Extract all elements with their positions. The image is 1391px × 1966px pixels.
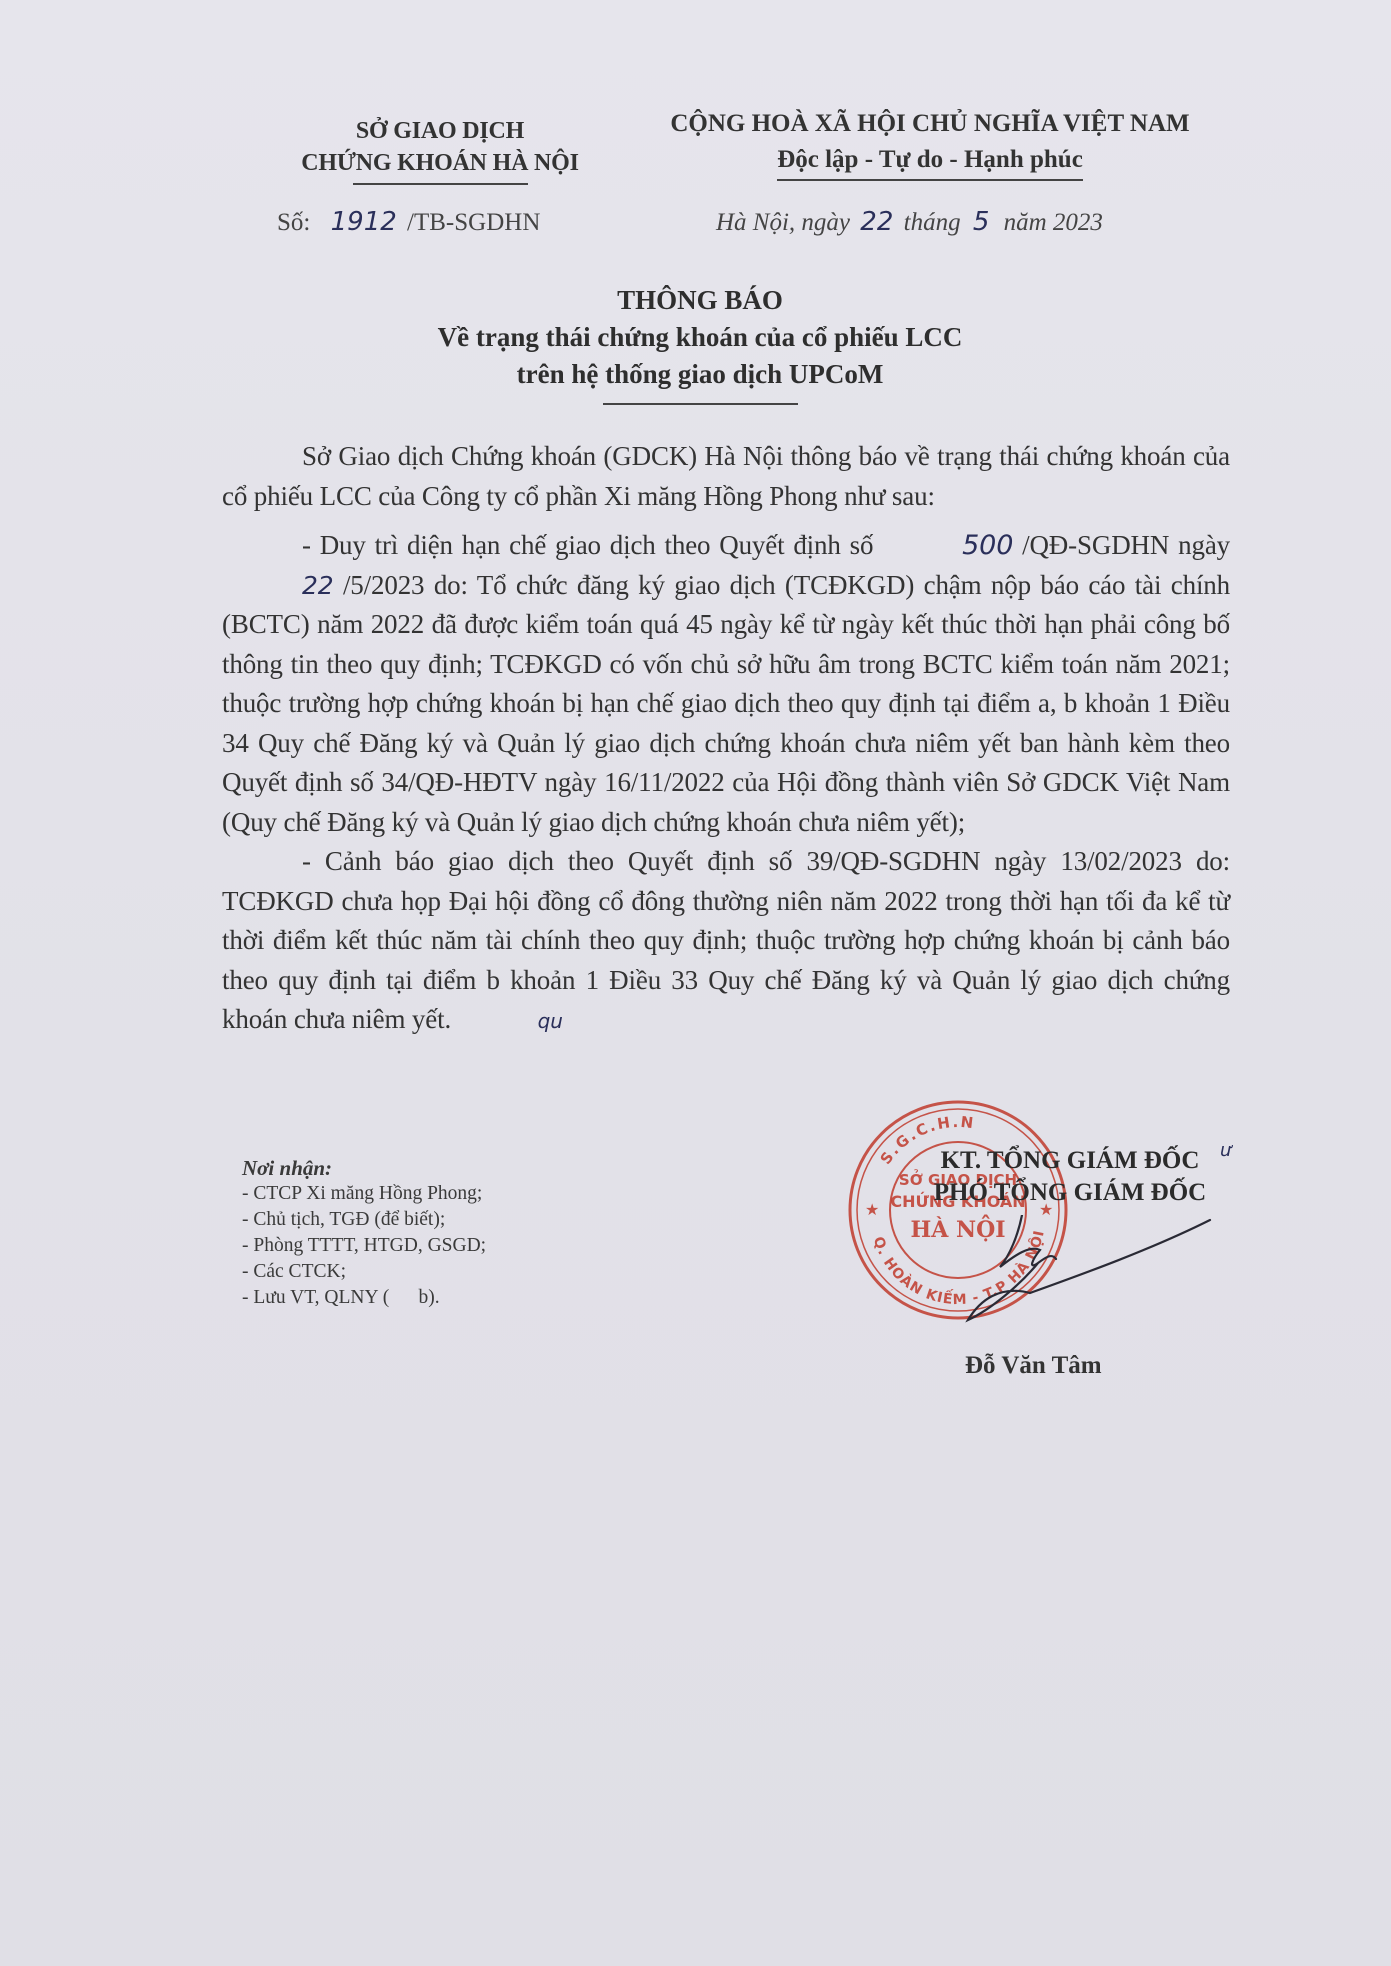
handwritten-initials: qu bbox=[458, 1002, 563, 1042]
national-motto: Độc lập - Tự do - Hạnh phúc bbox=[777, 142, 1083, 181]
handwritten-month: 5 bbox=[973, 207, 990, 237]
item-1-text-b: /QĐ-SGDHN ngày bbox=[1013, 530, 1230, 560]
signature-title-line-2: PHÓ TỔNG GIÁM ĐỐC bbox=[905, 1177, 1235, 1209]
intro-paragraph: Sở Giao dịch Chứng khoán (GDCK) Hà Nội t… bbox=[222, 437, 1230, 516]
handwritten-number: 1912 bbox=[331, 207, 397, 237]
agency-line-2: CHỨNG KHOÁN HÀ NỘI bbox=[230, 147, 650, 179]
document-date: Hà Nội, ngày 22 tháng 5 năm 2023 bbox=[716, 207, 1103, 237]
item-2-paragraph: - Cảnh báo giao dịch theo Quyết định số … bbox=[222, 842, 1230, 1042]
notice-body: Sở Giao dịch Chứng khoán (GDCK) Hà Nội t… bbox=[222, 437, 1230, 1042]
national-header: CỘNG HOÀ XÃ HỘI CHỦ NGHĨA VIỆT NAM Độc l… bbox=[630, 106, 1230, 181]
title-main: THÔNG BÁO bbox=[330, 282, 1070, 319]
svg-text:★: ★ bbox=[865, 1200, 879, 1219]
item-1-text-c: /5/2023 do: Tổ chức đăng ký giao dịch (T… bbox=[222, 570, 1230, 837]
agency-underline bbox=[353, 183, 528, 185]
issuing-agency: SỞ GIAO DỊCH CHỨNG KHOÁN HÀ NỘI bbox=[230, 115, 650, 185]
title-subtitle-1: Về trạng thái chứng khoán của cổ phiếu L… bbox=[330, 319, 1070, 356]
recipient-item: - Chủ tịch, TGĐ (để biết); bbox=[242, 1207, 486, 1233]
signature-initials: ư bbox=[1220, 1140, 1231, 1161]
signer-name: Đỗ Văn Tâm bbox=[965, 1352, 1102, 1380]
document-number: Số: 1912 /TB-SGDHN bbox=[277, 207, 540, 237]
recipients-label: Nơi nhận: bbox=[242, 1155, 486, 1181]
number-prefix: Số: bbox=[277, 209, 310, 236]
recipient-item: - Các CTCK; bbox=[242, 1259, 486, 1285]
agency-line-1: SỞ GIAO DỊCH bbox=[230, 115, 650, 147]
recipient-item: - Lưu VT, QLNY ( b). bbox=[242, 1285, 486, 1311]
item-1-paragraph: - Duy trì diện hạn chế giao dịch theo Qu… bbox=[222, 526, 1230, 842]
recipient-item: - Phòng TTTT, HTGD, GSGD; bbox=[242, 1233, 486, 1259]
title-subtitle-2: trên hệ thống giao dịch UPCoM bbox=[330, 356, 1070, 393]
number-suffix: /TB-SGDHN bbox=[407, 209, 540, 236]
date-month-label: tháng bbox=[904, 209, 961, 236]
recipient-item: - CTCP Xi măng Hồng Phong; bbox=[242, 1181, 486, 1207]
handwritten-decision-number: 500 bbox=[882, 526, 1013, 566]
handwritten-decision-day: 22 bbox=[222, 566, 334, 606]
notice-title: THÔNG BÁO Về trạng thái chứng khoán của … bbox=[330, 282, 1070, 405]
item-2-text: - Cảnh báo giao dịch theo Quyết định số … bbox=[222, 846, 1230, 1034]
recipients-list: Nơi nhận: - CTCP Xi măng Hồng Phong; - C… bbox=[242, 1155, 486, 1311]
document-page: SỞ GIAO DỊCH CHỨNG KHOÁN HÀ NỘI CỘNG HOÀ… bbox=[0, 0, 1391, 1966]
signature-title-line-1: KT. TỔNG GIÁM ĐỐC bbox=[905, 1145, 1235, 1177]
date-year: năm 2023 bbox=[1004, 209, 1103, 236]
handwritten-signature-icon bbox=[960, 1215, 1220, 1325]
date-place: Hà Nội, ngày bbox=[716, 209, 850, 236]
handwritten-day: 22 bbox=[860, 207, 893, 237]
country-name: CỘNG HOÀ XÃ HỘI CHỦ NGHĨA VIỆT NAM bbox=[630, 106, 1230, 142]
item-1-text-a: - Duy trì diện hạn chế giao dịch theo Qu… bbox=[302, 530, 882, 560]
signature-title: KT. TỔNG GIÁM ĐỐC PHÓ TỔNG GIÁM ĐỐC bbox=[905, 1145, 1235, 1209]
title-underline bbox=[603, 403, 798, 405]
